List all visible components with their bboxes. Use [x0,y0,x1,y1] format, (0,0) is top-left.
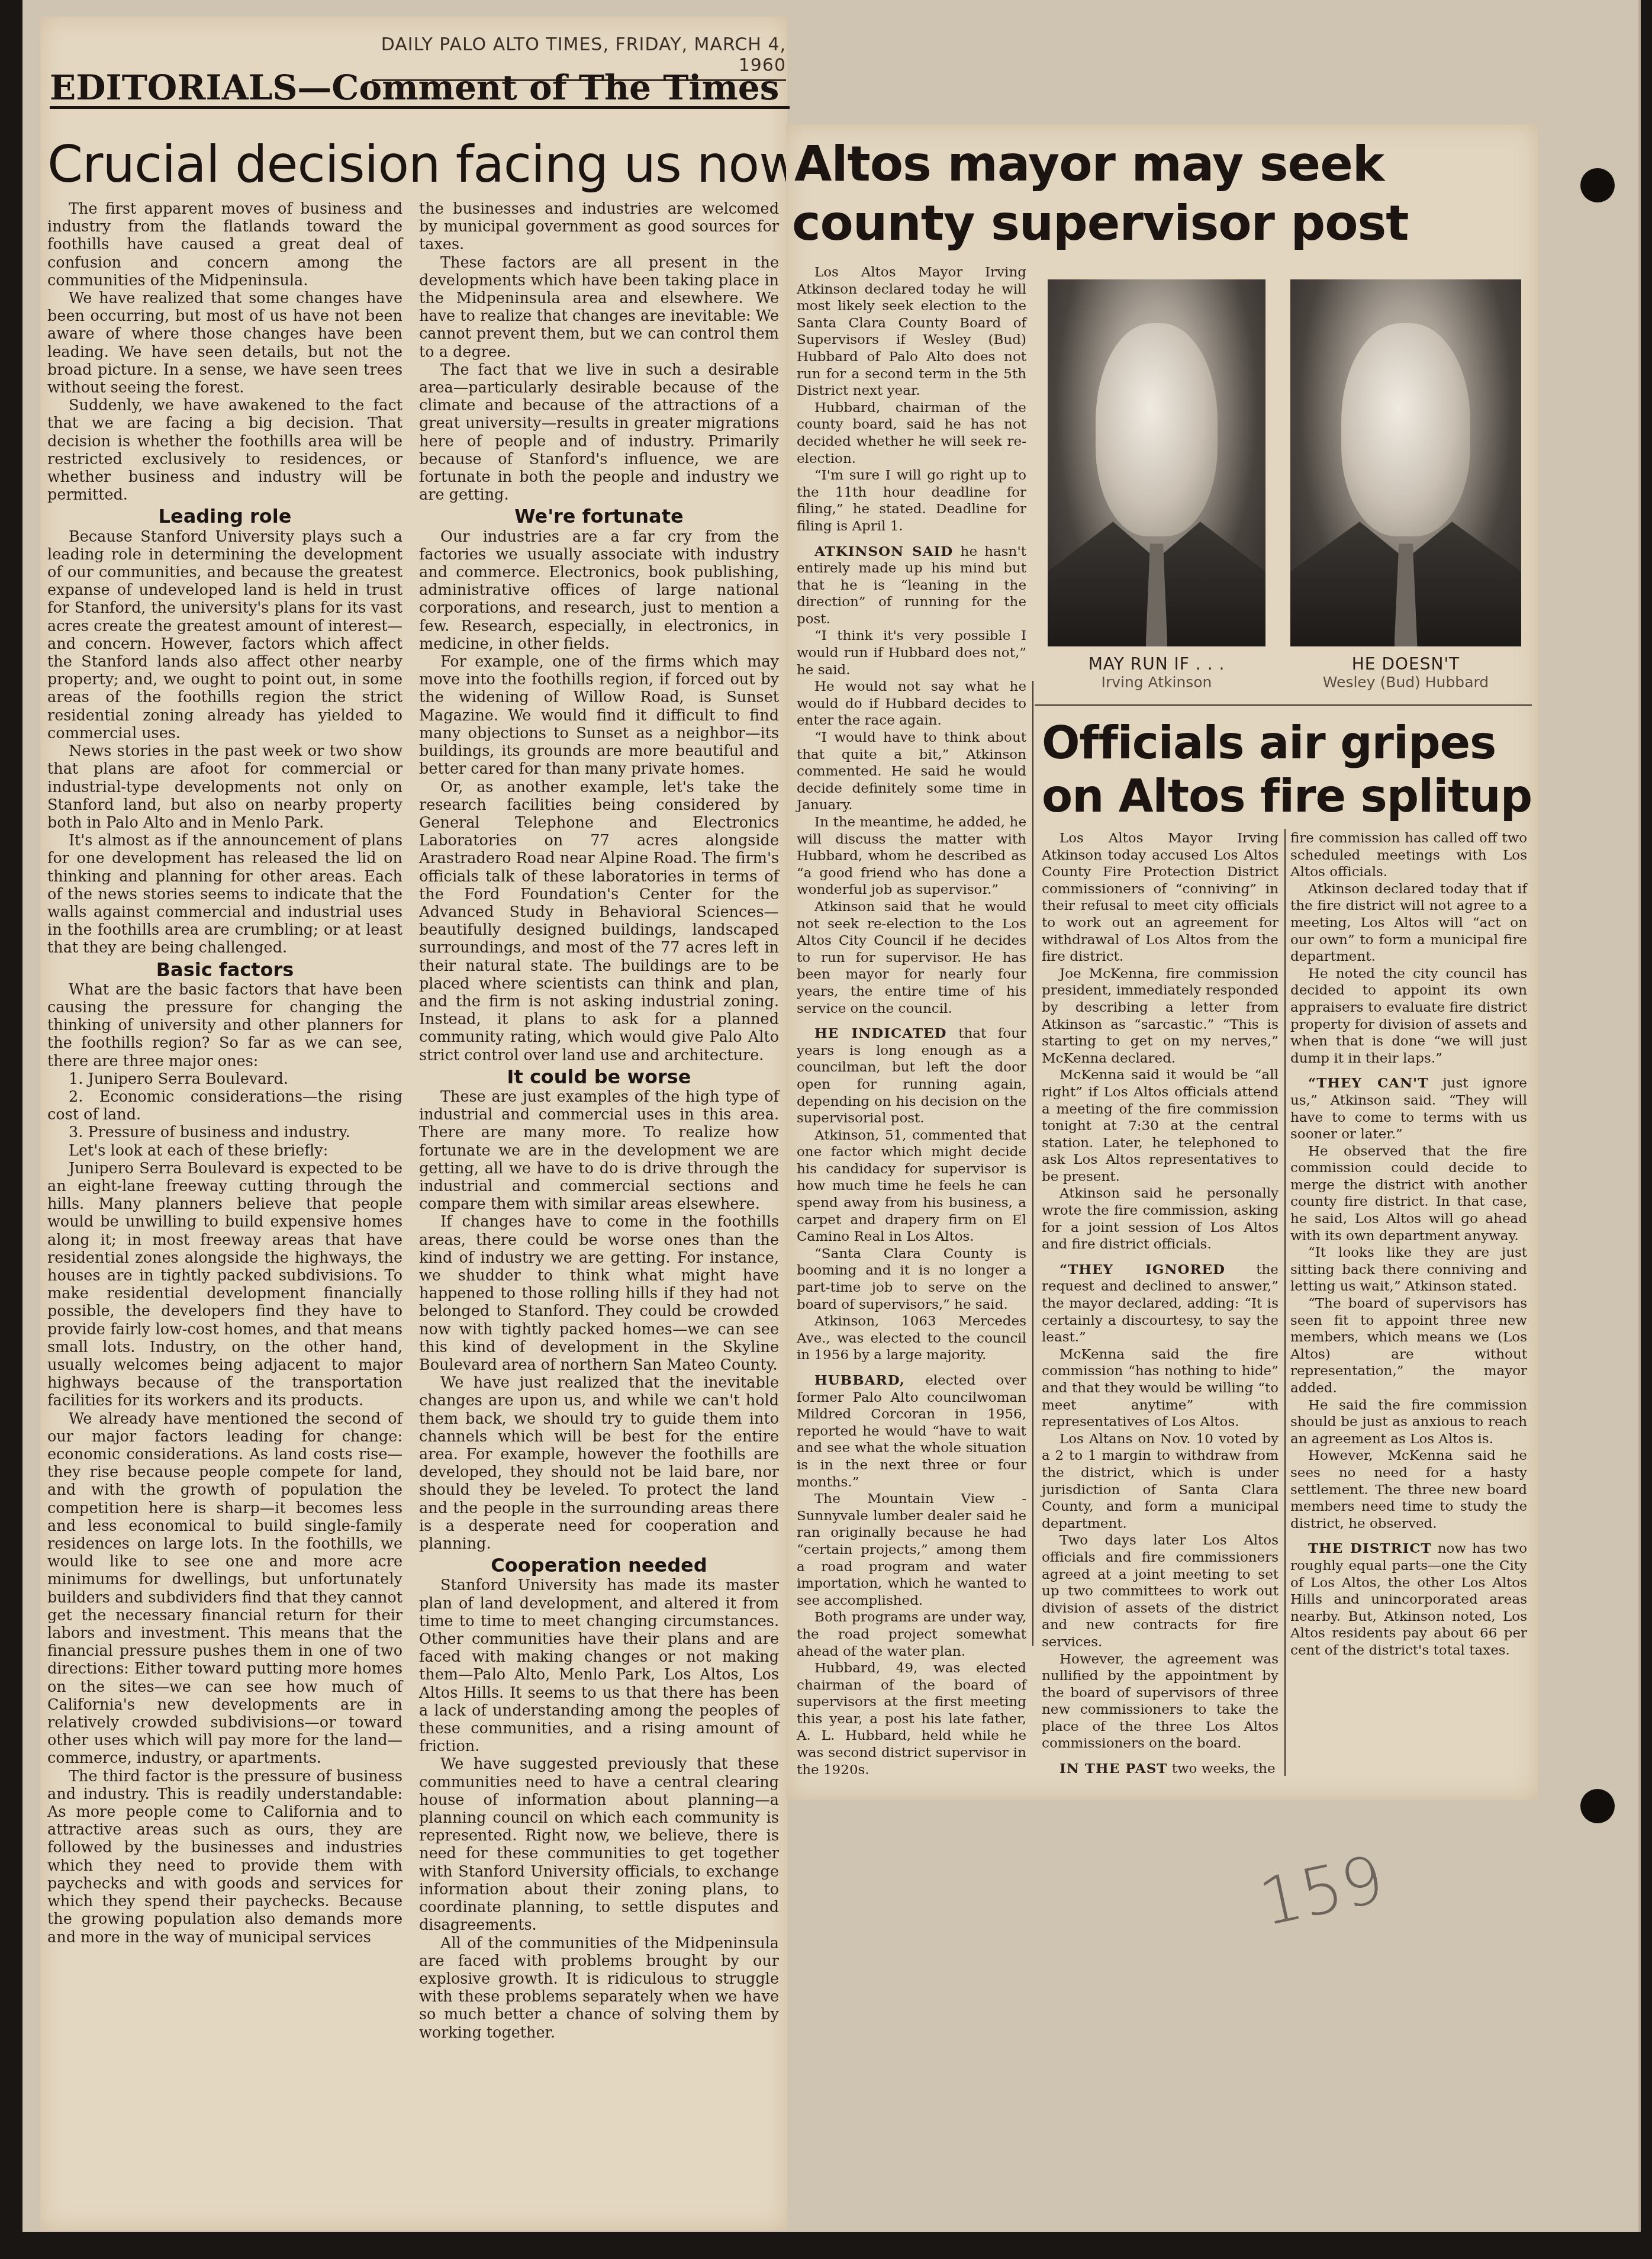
paragraph: What are the basic factors that have bee… [47,981,402,1070]
editorial-title: Crucial decision facing us now [47,135,799,194]
paragraph: “It looks like they are just sitting bac… [1290,1244,1527,1295]
column-rule [1284,829,1286,1776]
subheading-it-could-be-worse: It could be worse [419,1068,779,1086]
paragraph: All of the communities of the Midpeninsu… [419,1935,779,2042]
paragraph: IN THE PAST two weeks, the [1042,1761,1279,1778]
factor-list: 1. Junipero Serra Boulevard. 2. Economic… [47,1070,402,1142]
paragraph: He observed that the fire commission cou… [1290,1143,1527,1245]
list-item: 2. Economic considerations—the rising co… [47,1088,402,1124]
paragraph: the businesses and industries are welcom… [419,200,779,254]
paragraph: fire commission has called off two sched… [1290,830,1527,881]
handwritten-page-number: 159 [1253,1841,1390,1941]
lead-in: HUBBARD, [814,1372,905,1388]
paragraph: HUBBARD, elected over former Palo Alto c… [797,1372,1026,1491]
subheading-were-fortunate: We're fortunate [419,507,779,525]
portrait-face [1341,323,1470,536]
paragraph: Atkinson, 1063 Mercedes Ave., was electe… [797,1313,1026,1364]
paragraph: It's almost as if the announcement of pl… [47,832,402,957]
paragraph: McKenna said it would be “all right” if … [1042,1067,1279,1185]
section-heading: EDITORIALS—Comment of The Times [50,70,790,109]
paragraph: Atkinson declared today that if the fire… [1290,881,1527,966]
mayor-headline-line-2: county supervisor post [792,195,1409,252]
binder-hole-bottom [1580,1789,1615,1823]
lead-in: THE DISTRICT [1308,1540,1432,1556]
lead-in: HE INDICATED [814,1025,947,1041]
paragraph: These are just examples of the high type… [419,1088,779,1213]
lead-in: ATKINSON SAID [814,543,953,559]
paragraph: The Mountain View - Sunnyvale lumber dea… [797,1491,1026,1609]
paragraph: Atkinson, 51, commented that one factor … [797,1127,1026,1246]
paragraph: Hubbard, chairman of the county board, s… [797,400,1026,467]
paragraph: Atkinson said he personally wrote the fi… [1042,1185,1279,1253]
paragraph: “THEY IGNORED the request and declined t… [1042,1262,1279,1346]
lead-in: IN THE PAST [1060,1761,1167,1777]
paragraph-text: two weeks, the [1167,1761,1275,1777]
paragraph: HE INDICATED that four years is long eno… [797,1025,1026,1127]
paragraph: He said the fire commission should be ju… [1290,1397,1527,1448]
paragraph: We already have mentioned the second of … [47,1410,402,1768]
lead-in: “THEY IGNORED [1060,1262,1225,1277]
paragraph: McKenna said the fire commission “has no… [1042,1346,1279,1431]
list-item: 3. Pressure of business and industry. [47,1124,402,1141]
portrait-face [1096,323,1218,536]
paragraph-text: elected over former Palo Alto councilwom… [797,1373,1026,1490]
fire-story-column-1: Los Altos Mayor Irving Atkinson today ac… [1042,830,1279,1778]
paragraph: Los Altos Mayor Irving Atkinson today ac… [1042,830,1279,966]
paragraph: We have just realized that the inevitabl… [419,1374,779,1553]
fire-headline-line-1: Officials air gripes [1042,716,1496,769]
paragraph-text: now has two roughly equal parts—one the … [1290,1541,1527,1658]
caption-name: Wesley (Bud) Hubbard [1290,674,1521,691]
paragraph: However, the agreement was nullified by … [1042,1651,1279,1753]
lead-in: “THEY CAN'T [1308,1075,1428,1091]
caption-name: Irving Atkinson [1048,674,1265,691]
paragraph: Let's look at each of these briefly: [47,1142,402,1160]
mayor-story-column: Los Altos Mayor Irving Atkinson declared… [797,264,1026,1778]
paragraph: Two days later Los Altos officials and f… [1042,1532,1279,1650]
subheading-basic-factors: Basic factors [47,961,402,979]
section-rule [1035,704,1532,706]
paragraph: Los Altans on Nov. 10 voted by a 2 to 1 … [1042,1431,1279,1533]
caption-title: MAY RUN IF . . . [1048,654,1265,674]
subheading-cooperation-needed: Cooperation needed [419,1556,779,1574]
caption-title: HE DOESN'T [1290,654,1521,674]
paragraph: If changes have to come in the foothills… [419,1213,779,1374]
paragraph: He noted the city council has decided to… [1290,966,1527,1067]
paragraph: “THEY CAN'T just ignore us,” Atkinson sa… [1290,1075,1527,1143]
column-rule [1032,681,1033,1646]
paragraph: However, McKenna said he sees no need fo… [1290,1447,1527,1532]
paragraph: We have realized that some changes have … [47,289,402,397]
editorial-clipping: DAILY PALO ALTO TIMES, FRIDAY, MARCH 4, … [40,17,787,2231]
paragraph: He would not say what he would do if Hub… [797,678,1026,729]
caption-hubbard: HE DOESN'T Wesley (Bud) Hubbard [1290,654,1521,691]
mayor-headline-line-1: Altos mayor may seek [794,136,1384,192]
paragraph: The third factor is the pressure of busi… [47,1768,402,1946]
paragraph: For example, one of the firms which may … [419,653,779,778]
paragraph: News stories in the past week or two sho… [47,742,402,832]
paragraph: These factors are all present in the dev… [419,254,779,361]
paragraph: Hubbard, 49, was elected chairman of the… [797,1660,1026,1778]
scrapbook-page: DAILY PALO ALTO TIMES, FRIDAY, MARCH 4, … [22,0,1641,2232]
paragraph: Stanford University has made its master … [419,1576,779,1755]
paragraph: Or, as another example, let's take the r… [419,778,779,1064]
paragraph: Los Altos Mayor Irving Atkinson declared… [797,264,1026,400]
paragraph: “The board of supervisors has seen fit t… [1290,1295,1527,1397]
paragraph: “I think it's very possible I would run … [797,627,1026,678]
editorial-column-2: the businesses and industries are welcom… [419,200,779,2042]
paragraph: “Santa Clara County is booming and it is… [797,1246,1026,1313]
paragraph: “I would have to think about that quite … [797,729,1026,814]
fire-story-column-2: fire commission has called off two sched… [1290,830,1527,1659]
paragraph: “I'm sure I will go right up to the 11th… [797,467,1026,535]
paragraph: Because Stanford University plays such a… [47,528,402,742]
paragraph: The fact that we live in such a desirabl… [419,361,779,504]
paragraph: We have suggested previously that these … [419,1755,779,1934]
caption-atkinson: MAY RUN IF . . . Irving Atkinson [1048,654,1265,691]
paragraph: Joe McKenna, fire commission president, … [1042,966,1279,1067]
paragraph: Atkinson said that he would not seek re-… [797,899,1026,1017]
paragraph: Suddenly, we have awakened to the fact t… [47,397,402,504]
paragraph: THE DISTRICT now has two roughly equal p… [1290,1540,1527,1659]
editorial-column-1: The first apparent moves of business and… [47,200,402,1946]
paragraph: Both programs are under way, the road pr… [797,1609,1026,1660]
fire-headline-line-2: on Altos fire splitup [1042,770,1532,822]
paragraph: In the meantime, he added, he will discu… [797,814,1026,899]
paragraph: ATKINSON SAID he hasn't entirely made up… [797,543,1026,628]
photo-irving-atkinson [1048,279,1265,646]
binder-hole-top [1580,168,1615,202]
list-item: 1. Junipero Serra Boulevard. [47,1070,402,1088]
paragraph: Our industries are a far cry from the fa… [419,528,779,653]
paragraph: The first apparent moves of business and… [47,200,402,289]
mayor-story-clipping: Altos mayor may seek county supervisor p… [786,124,1538,1800]
subheading-leading-role: Leading role [47,507,402,525]
paragraph: Junipero Serra Boulevard is expected to … [47,1160,402,1410]
photo-wesley-hubbard [1290,279,1521,646]
